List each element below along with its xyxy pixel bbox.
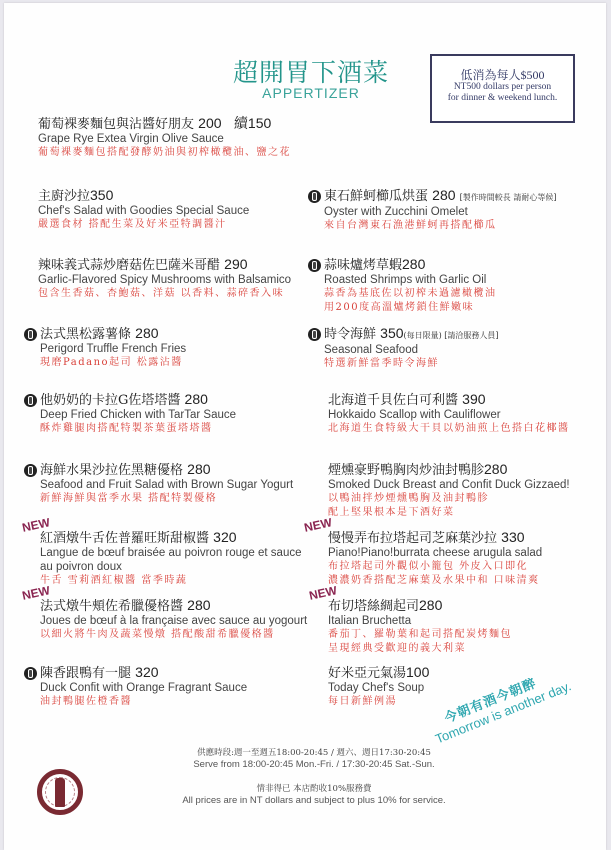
item-price: 290	[224, 256, 247, 272]
item-price: 350	[90, 187, 113, 203]
item-description: 嚴選食材 搭配生菜及好米亞特調醬汁	[38, 218, 249, 232]
item-price: 330	[501, 529, 524, 545]
service-charge-en: All prices are in NT dollars and subject…	[134, 795, 494, 807]
item-description: 特選新鮮當季時令海鮮	[324, 357, 499, 371]
item-name: 海鮮水果沙拉佐黑糖優格	[40, 463, 183, 478]
minimum-charge-zh: 低消為每人$500	[432, 68, 573, 82]
item-name: 法式黑松露薯條	[40, 327, 131, 342]
item-price: 320	[213, 529, 236, 545]
minimum-charge-en-2: for dinner & weekend lunch.	[432, 93, 573, 104]
wine-pairing-icon	[308, 259, 321, 272]
menu-item-duck-confit: 陳香跟鴨有一腿 320 Duck Confit with Orange Frag…	[40, 665, 247, 709]
item-english-name: Grape Rye Extea Virgin Olive Sauce	[38, 132, 291, 146]
menu-item-beef-tongue: 紅酒燉牛舌佐普羅旺斯甜椒醬 320 Langue de bœuf braisée…	[40, 530, 302, 588]
hours-en: Serve from 18:00-20:45 Mon.-Fri. / 17:30…	[134, 759, 494, 771]
item-price: 280	[419, 597, 442, 613]
slogan: 今朝有酒今朝醉 Tomorrow is another day.	[426, 661, 573, 747]
item-name: 陳香跟鴨有一腿	[40, 666, 131, 681]
item-price: 350	[380, 325, 403, 341]
item-price: 100	[406, 664, 429, 680]
item-english-name: Seafood and Fruit Salad with Brown Sugar…	[40, 478, 293, 492]
item-description: 新鮮海鮮與當季水果 搭配特製優格	[40, 492, 293, 506]
item-price: 200	[198, 115, 221, 131]
item-english-name: Oyster with Zucchini Omelet	[324, 205, 556, 219]
item-price: 280	[187, 461, 210, 477]
wine-pairing-icon	[24, 464, 37, 477]
item-name: 東石鮮蚵櫛瓜烘蛋	[324, 189, 428, 204]
item-name: 布切塔絲綢起司	[328, 599, 419, 614]
item-english-name-cont: au poivron doux	[40, 560, 302, 574]
menu-item-smoked-duck: 煙燻豪野鴨胸肉炒油封鴨胗280 Smoked Duck Breast and C…	[328, 462, 570, 520]
wine-pairing-icon	[24, 394, 37, 407]
item-english-name: Perigord Truffle French Fries	[40, 342, 186, 356]
item-description: 濃濃奶香搭配芝麻葉及水果中和 口味清爽	[328, 574, 542, 588]
item-english-name: Deep Fried Chicken with TarTar Sauce	[40, 408, 236, 422]
item-price: 280	[402, 256, 425, 272]
menu-item-seasonal-seafood: 時令海鮮 350(每日限量) [請洽服務人員] Seasonal Seafood…	[324, 326, 499, 371]
item-description: 呈現經典受歡迎的義大利菜	[328, 642, 512, 656]
item-name: 法式燉牛頰佐希臘優格醬	[40, 599, 183, 614]
minimum-charge-box: 低消為每人$500 NT500 dollars per person for d…	[430, 54, 575, 123]
item-english-name: Langue de bœuf braisée au poivron rouge …	[40, 546, 302, 560]
item-description: 每日新鮮例湯	[328, 695, 429, 709]
item-price: 280	[484, 461, 507, 477]
wine-pairing-icon	[24, 667, 37, 680]
item-description: 以鴨油拌炒煙燻鴨胸及油封鴨胗	[328, 492, 570, 506]
item-price: 280	[187, 597, 210, 613]
restaurant-logo	[37, 769, 83, 815]
item-description: 番茄丁、羅勒葉和起司搭配炭烤麵包	[328, 628, 512, 642]
item-english-name: Hokkaido Scallop with Cauliflower	[328, 408, 570, 422]
item-price: 280	[432, 187, 455, 203]
item-description: 蒜香為基底佐以初榨未過濾橄欖油	[324, 287, 497, 301]
minimum-charge-en-1: NT500 dollars per person	[432, 82, 573, 93]
item-english-name: Duck Confit with Orange Fragrant Sauce	[40, 681, 247, 695]
item-english-name: Smoked Duck Breast and Confit Duck Gizza…	[328, 478, 570, 492]
item-name: 好米亞元氣湯	[328, 666, 406, 681]
item-description: 布拉塔起司外觀似小籠包 外皮入口即化	[328, 560, 542, 574]
menu-item-chef-salad: 主廚沙拉350 Chef's Salad with Goodies Specia…	[38, 188, 249, 232]
item-price: 280	[185, 391, 208, 407]
item-description: 現磨Padano起司 松露沾醬	[40, 356, 186, 370]
menu-item-bruschetta: 布切塔絲綢起司280 Italian Bruchetta 番茄丁、羅勒葉和起司搭…	[328, 598, 512, 656]
item-english-name: Seasonal Seafood	[324, 343, 499, 357]
item-english-name: Piano!Piano!burrata cheese arugula salad	[328, 546, 542, 560]
item-name: 蒜味爐烤草蝦	[324, 258, 402, 273]
menu-item-mushrooms: 辣味義式蒜炒磨菇佐巴薩米哥醋 290 Garlic-Flavored Spicy…	[38, 257, 291, 301]
wine-pairing-icon	[24, 328, 37, 341]
item-description: 酥炸雞腿肉搭配特製茶葉蛋塔塔醬	[40, 422, 236, 436]
item-description: 配上堅果根本是下酒好菜	[328, 506, 570, 520]
item-english-name: Joues de bœuf à la française avec sauce …	[40, 614, 307, 628]
item-name: 紅酒燉牛舌佐普羅旺斯甜椒醬	[40, 531, 209, 546]
item-name: 主廚沙拉	[38, 189, 90, 204]
item-name: 慢慢弄布拉塔起司芝麻葉沙拉	[328, 531, 497, 546]
item-english-name: Today Chef's Soup	[328, 681, 429, 695]
item-name: 辣味義式蒜炒磨菇佐巴薩米哥醋	[38, 258, 220, 273]
item-description: 用200度高溫爐烤鎖住鮮嫩味	[324, 301, 497, 315]
menu-page: 超開胃下酒菜 APPERTIZER 低消為每人$500 NT500 dollar…	[4, 3, 606, 850]
item-description: 來自台灣東石漁港鮮蚵再搭配櫛瓜	[324, 219, 556, 233]
item-note: [製作時間較長 請耐心等候]	[460, 193, 557, 202]
item-description: 以細火將牛肉及蔬菜慢燉 搭配酸甜希臘優格醬	[40, 628, 307, 642]
menu-item-soup: 好米亞元氣湯100 Today Chef's Soup 每日新鮮例湯	[328, 665, 429, 709]
item-english-name: Garlic-Flavored Spicy Mushrooms with Bal…	[38, 273, 291, 287]
menu-item-shrimps: 蒜味爐烤草蝦280 Roasted Shrimps with Garlic Oi…	[324, 257, 497, 315]
item-description: 油封鴨腿佐橙香醬	[40, 695, 247, 709]
menu-item-beef-cheek: 法式燉牛頰佐希臘優格醬 280 Joues de bœuf à la franç…	[40, 598, 307, 642]
item-price: 280	[135, 325, 158, 341]
item-name: 葡萄裸麥麵包與沾醬好朋友	[38, 117, 194, 132]
item-description: 牛舌 雪莉酒紅椒醬 當季時蔬	[40, 574, 302, 588]
menu-item-bread: 葡萄裸麥麵包與沾醬好朋友 200 續150 Grape Rye Extea Vi…	[38, 116, 291, 160]
item-description: 北海道生食特級大干貝以奶油煎上色搭白花椰醬	[328, 422, 570, 436]
item-name: 煙燻豪野鴨胸肉炒油封鴨胗	[328, 463, 484, 478]
wine-pairing-icon	[308, 190, 321, 203]
item-note: (每日限量) [請洽服務人員]	[404, 331, 499, 340]
item-description: 包含生香菇、杏鮑菇、洋菇 以香料、蒜碎香入味	[38, 287, 291, 301]
wine-bottle-icon	[55, 778, 65, 807]
menu-item-truffle-fries: 法式黑松露薯條 280 Perigord Truffle French Frie…	[40, 326, 186, 370]
item-refill-price: 續150	[234, 115, 271, 131]
footer-hours: 供應時段:週一至週五18:00-20:45 / 週六、週日17:30-20:45…	[134, 747, 494, 771]
item-english-name: Roasted Shrimps with Garlic Oil	[324, 273, 497, 287]
hours-zh: 供應時段:週一至週五18:00-20:45 / 週六、週日17:30-20:45	[134, 747, 494, 759]
wine-pairing-icon	[308, 328, 321, 341]
menu-item-scallop: 北海道千貝佐白可利醬 390 Hokkaido Scallop with Cau…	[328, 392, 570, 436]
footer-service: 情非得已 本店酌收10%服務費 All prices are in NT dol…	[134, 783, 494, 807]
item-price: 390	[462, 391, 485, 407]
menu-item-burrata: 慢慢弄布拉塔起司芝麻葉沙拉 330 Piano!Piano!burrata ch…	[328, 530, 542, 588]
menu-title: 超開胃下酒菜	[226, 53, 396, 89]
item-name: 他奶奶的卡拉G佐塔塔醬	[40, 393, 180, 408]
item-price: 320	[135, 664, 158, 680]
menu-item-oyster-omelet: 東石鮮蚵櫛瓜烘蛋 280 [製作時間較長 請耐心等候] Oyster with …	[324, 188, 556, 233]
item-english-name: Chef's Salad with Goodies Special Sauce	[38, 204, 249, 218]
menu-item-fried-chicken: 他奶奶的卡拉G佐塔塔醬 280 Deep Fried Chicken with …	[40, 392, 236, 436]
item-name: 北海道千貝佐白可利醬	[328, 393, 458, 408]
item-name: 時令海鮮	[324, 327, 376, 342]
item-english-name: Italian Bruchetta	[328, 614, 512, 628]
item-description: 葡萄裸麥麵包搭配發酵奶油與初榨橄欖油、鹽之花	[38, 146, 291, 160]
service-charge-zh: 情非得已 本店酌收10%服務費	[134, 783, 494, 795]
menu-item-seafood-fruit-salad: 海鮮水果沙拉佐黑糖優格 280 Seafood and Fruit Salad …	[40, 462, 293, 506]
menu-subtitle: APPERTIZER	[226, 85, 396, 101]
